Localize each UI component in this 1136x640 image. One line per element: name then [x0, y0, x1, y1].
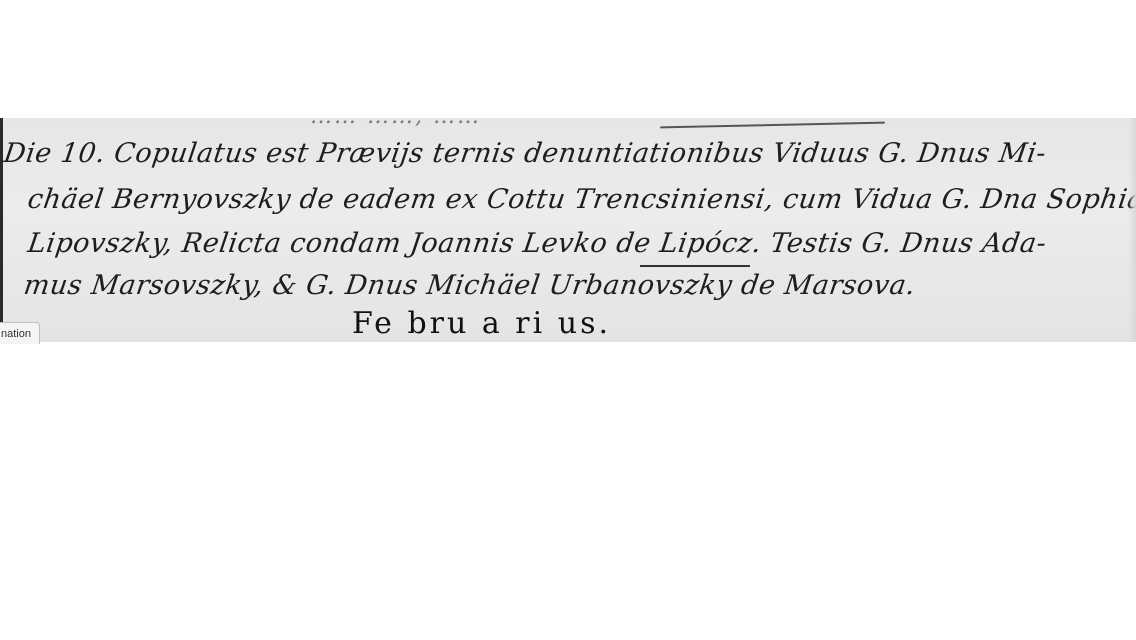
document-image-viewer: …… ……, …… Die 10. Copulatus est Prævijs …	[0, 118, 1136, 342]
separator-rule	[660, 122, 885, 129]
information-tab[interactable]: nation	[0, 322, 40, 344]
record-line-4: mus Marsovszky, & G. Dnus Michäel Urbano…	[22, 270, 918, 301]
previous-entry-remnant: …… ……, ……	[310, 118, 481, 129]
record-line-1: Die 10. Copulatus est Prævijs ternis den…	[2, 138, 1048, 169]
place-underline	[640, 265, 750, 267]
record-line-3: Lipovszky, Relicta condam Joannis Levko …	[26, 228, 1049, 259]
month-heading: Fe bru a ri us.	[352, 306, 611, 341]
record-line-2: chäel Bernyovszky de eadem ex Cottu Tren…	[26, 184, 1136, 215]
information-tab-label: nation	[1, 328, 31, 340]
